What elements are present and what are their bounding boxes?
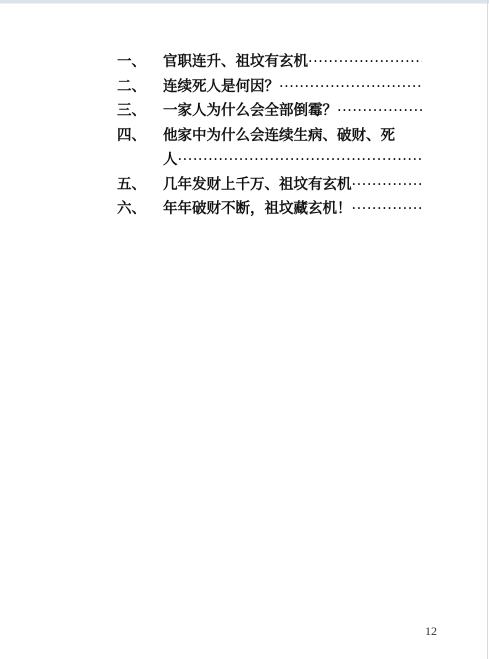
toc-number: 四、 <box>117 124 163 149</box>
toc-title: 几年发财上千万、祖坟有玄机 <box>163 173 352 198</box>
toc-text: 年年破财不断，祖坟藏玄机！ <box>163 197 422 222</box>
document-page: 一、 官职连升、祖坟有玄机 二、 连续死人是何因？ 三、 一家人为什么会全部倒霉… <box>0 4 487 659</box>
toc-text: 连续死人是何因？ <box>163 75 422 100</box>
table-of-contents: 一、 官职连升、祖坟有玄机 二、 连续死人是何因？ 三、 一家人为什么会全部倒霉… <box>117 50 422 222</box>
page-right-border <box>487 0 488 659</box>
dot-leader <box>308 50 422 75</box>
toc-number: 一、 <box>117 50 163 75</box>
toc-entry-4-continued: 人 <box>117 148 422 173</box>
toc-entry-6: 六、 年年破财不断，祖坟藏玄机！ <box>117 197 422 222</box>
toc-title: 一家人为什么会全部倒霉？ <box>163 99 337 124</box>
toc-entry-5: 五、 几年发财上千万、祖坟有玄机 <box>117 173 422 198</box>
toc-entry-2: 二、 连续死人是何因？ <box>117 75 422 100</box>
toc-entry-3: 三、 一家人为什么会全部倒霉？ <box>117 99 422 124</box>
toc-title: 他家中为什么会连续生病、破财、死 <box>163 124 395 149</box>
toc-entry-4: 四、 他家中为什么会连续生病、破财、死 <box>117 124 422 149</box>
dot-leader <box>352 173 423 198</box>
toc-title: 年年破财不断，祖坟藏玄机！ <box>163 197 352 222</box>
dot-leader <box>279 75 422 100</box>
toc-title: 连续死人是何因？ <box>163 75 279 100</box>
toc-text: 几年发财上千万、祖坟有玄机 <box>163 173 422 198</box>
toc-text: 官职连升、祖坟有玄机 <box>163 50 422 75</box>
toc-number: 三、 <box>117 99 163 124</box>
toc-text: 人 <box>163 148 422 173</box>
toc-number: 五、 <box>117 173 163 198</box>
toc-title: 官职连升、祖坟有玄机 <box>163 50 308 75</box>
dot-leader <box>337 99 422 124</box>
toc-number: 六、 <box>117 197 163 222</box>
dot-leader <box>352 197 423 222</box>
toc-title: 人 <box>163 148 178 173</box>
toc-number: 二、 <box>117 75 163 100</box>
document-viewer: 一、 官职连升、祖坟有玄机 二、 连续死人是何因？ 三、 一家人为什么会全部倒霉… <box>0 0 489 659</box>
toc-text: 一家人为什么会全部倒霉？ <box>163 99 422 124</box>
toc-entry-1: 一、 官职连升、祖坟有玄机 <box>117 50 422 75</box>
page-number: 12 <box>425 624 437 639</box>
dot-leader <box>178 148 423 173</box>
toc-text: 他家中为什么会连续生病、破财、死 <box>163 124 422 149</box>
